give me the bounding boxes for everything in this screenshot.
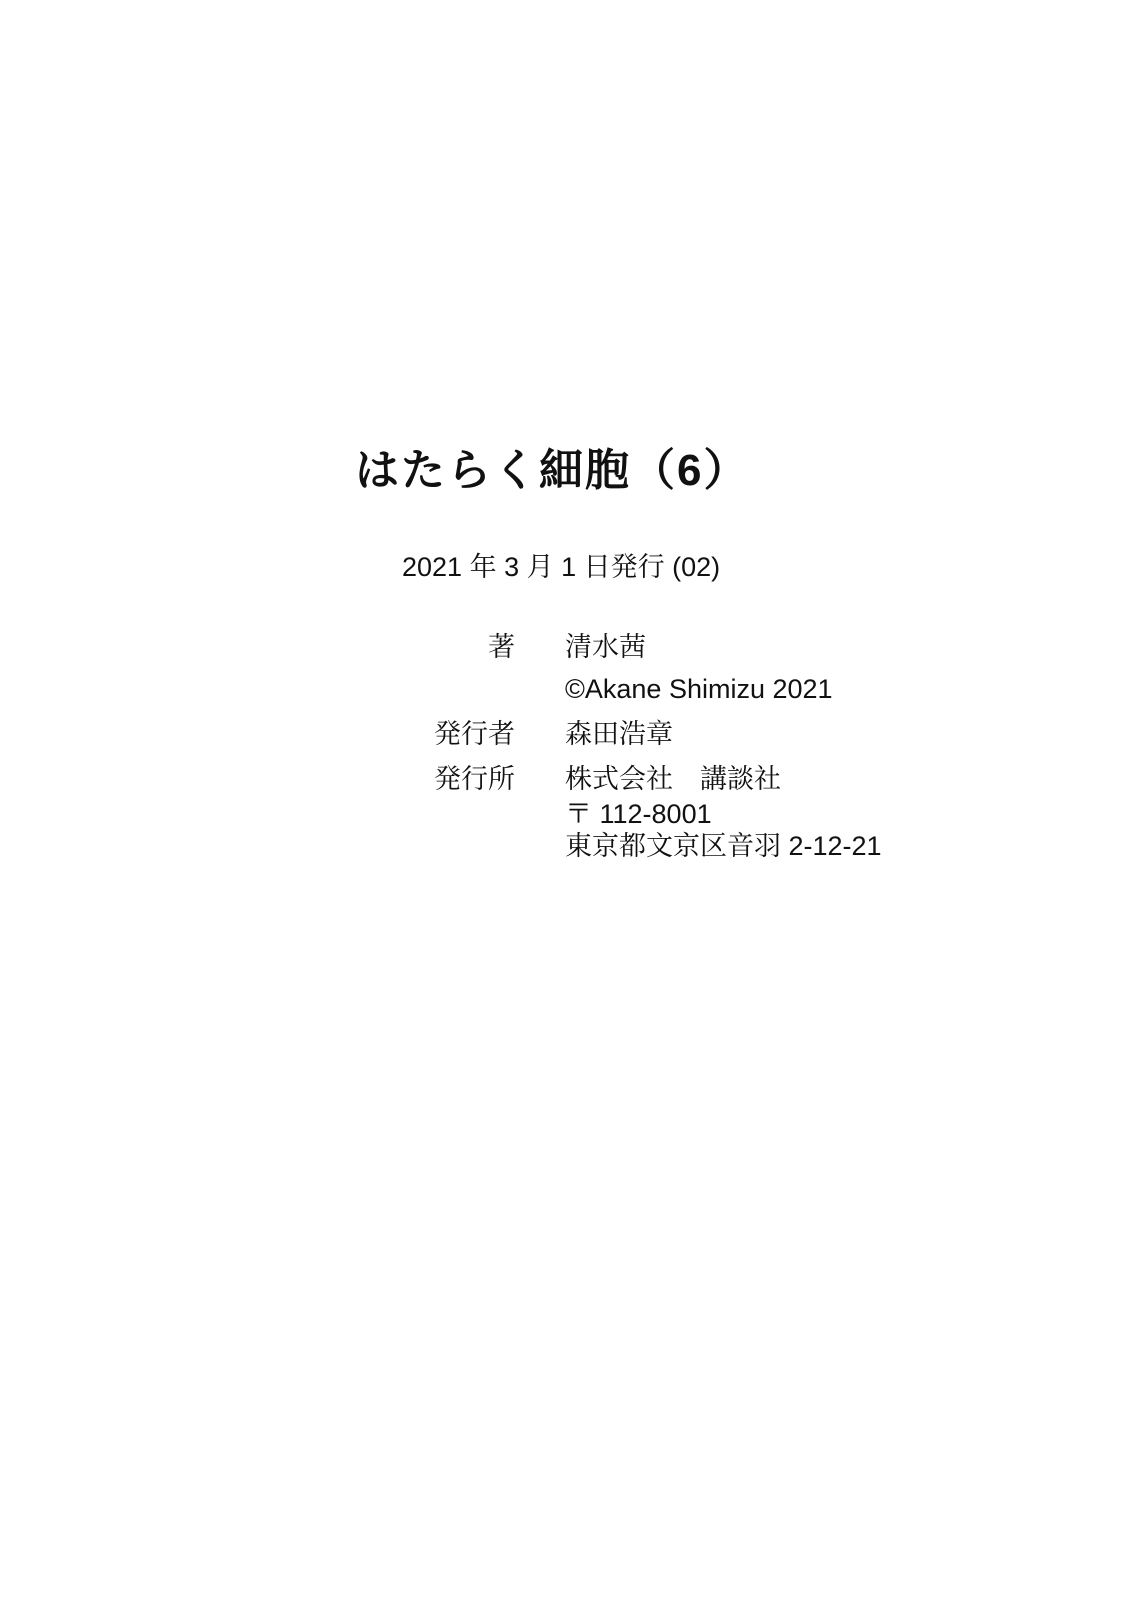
publishing-house-name: 株式会社 講談社	[565, 766, 781, 793]
publisher-name: 森田浩章	[565, 721, 673, 748]
issue-date-line: 2021 年 3 月 1 日発行 (02)	[402, 554, 720, 581]
postal-code: 〒 112-8001	[565, 801, 712, 828]
author-label: 著	[315, 634, 515, 661]
publisher-address: 東京都文京区音羽 2-12-21	[565, 833, 882, 860]
publisher-label: 発行者	[315, 721, 515, 748]
publishing-house-label: 発行所	[315, 766, 515, 793]
colophon-page: はたらく細胞（6） 2021 年 3 月 1 日発行 (02) 著 清水茜 ©A…	[0, 0, 1125, 1600]
book-title: はたらく細胞（6）	[355, 449, 749, 493]
copyright-notice: ©Akane Shimizu 2021	[565, 676, 833, 703]
author-name: 清水茜	[565, 634, 646, 661]
